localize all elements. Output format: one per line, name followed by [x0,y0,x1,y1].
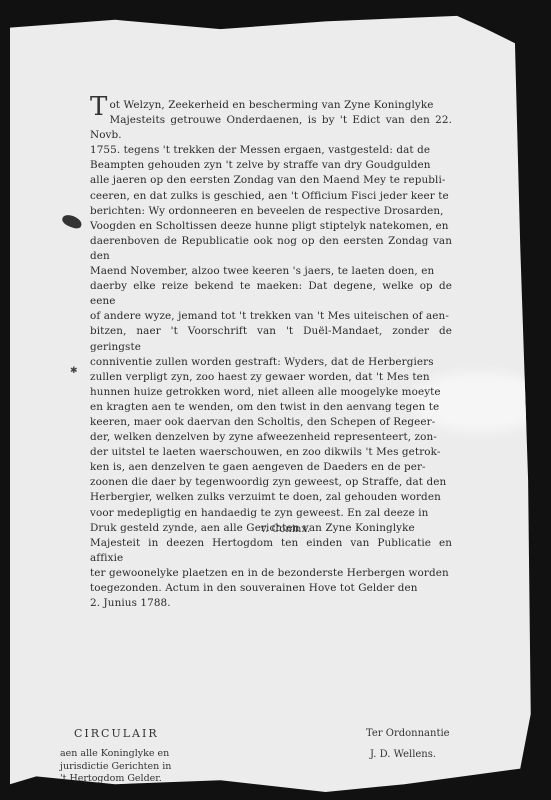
body-line: 2. Junius 1788. [90,596,452,611]
drop-cap: T [90,98,107,116]
body-line: der uitstel te laeten waerschouwen, en z… [90,445,452,460]
body-line: 1755. tegens 't trekken der Messen ergae… [90,143,452,158]
body-line: en kragten aen te wenden, om den twist i… [90,400,452,415]
addressee: aen alle Koninglyke en jurisdictie Geric… [60,748,180,786]
clerk-signature: J. D. Wellens. [370,749,436,760]
body-line: daerby elke reize bekend te maeken: Dat … [90,279,452,309]
body-line: ot Welzyn, Zeekerheid en bescherming van… [90,98,452,113]
addressee-line: aen alle Koninglyke en [60,748,180,761]
document-page: ✱ T ot Welzyn, Zeekerheid en bescherming… [10,12,536,792]
body-line: Majesteit in deezen Hertogdom ten einden… [90,536,452,566]
body-line: zullen verpligt zyn, zoo haest zy gewaer… [90,370,452,385]
body-line: hunnen huize getrokken word, niet alleen… [90,385,452,400]
body-line: Herbergier, welken zulks verzuimt te doe… [90,490,452,505]
body-line: Maend November, alzoo twee keeren 's jae… [90,264,452,279]
body-line: der, welken denzelven by zyne afweezenhe… [90,430,452,445]
addressee-line: 't Hertogdom Gelder. [60,773,180,786]
body-line: bitzen, naer 't Voorschrift van 't Duël-… [90,324,452,354]
body-line: Voogden en Scholtissen deeze hunne pligt… [90,219,452,234]
margin-mark: ✱ [70,365,78,376]
body-line: Majesteits getrouwe Onderdaenen, is by '… [90,113,452,143]
body-line: keeren, maer ook daervan den Scholtis, d… [90,415,452,430]
body-line: zoonen die daer by tegenwoordig zyn gewe… [90,475,452,490]
body-line: of andere wyze, jemand tot 't trekken va… [90,309,452,324]
body-line: ken is, aen denzelven te gaen aengeven d… [90,460,452,475]
signature: v. Coninx. [10,524,551,535]
circular-title: CIRCULAIR [74,727,159,740]
body-line: voor medepligtig en handaedig te zyn gew… [90,506,452,521]
by-order-label: Ter Ordonnantie [366,728,450,739]
addressee-line: jurisdictie Gerichten in [60,761,180,774]
body-line: ceeren, en dat zulks is geschied, aen 't… [90,189,452,204]
body-line: daerenboven de Republicatie ook nog op d… [90,234,452,264]
body-line: toegezonden. Actum in den souverainen Ho… [90,581,452,596]
body-line: ter gewoonelyke plaetzen en in de bezond… [90,566,452,581]
ink-blot [61,213,84,230]
body-line: berichten: Wy ordonneeren en beveelen de… [90,204,452,219]
body-line: alle jaeren op den eersten Zondag van de… [90,173,452,188]
body-line: conniventie zullen worden gestraft: Wyde… [90,355,452,370]
body-line: Beampten gehouden zyn 't zelve by straff… [90,158,452,173]
